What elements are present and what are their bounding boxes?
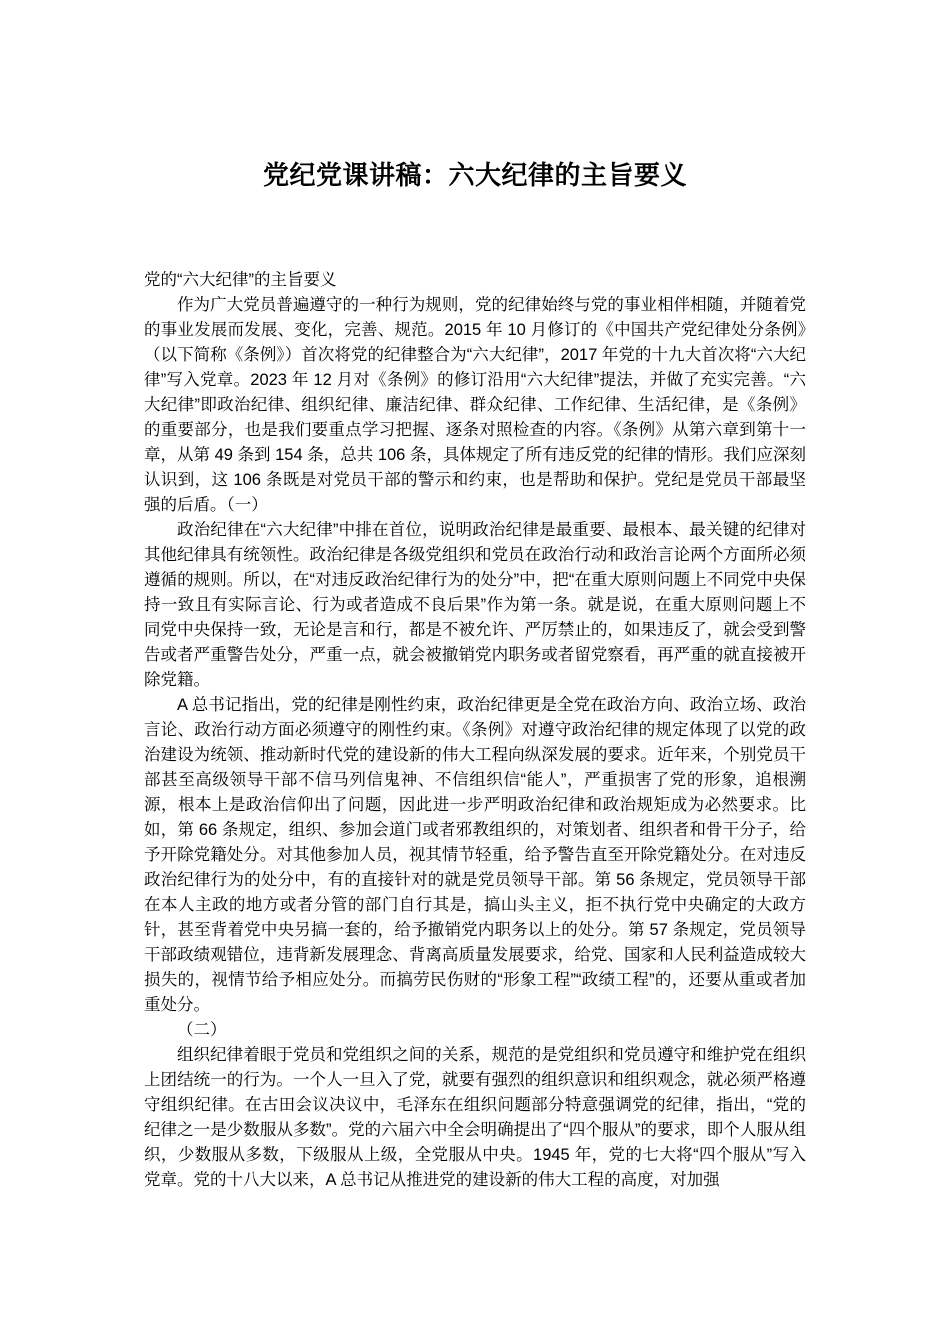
paragraph-2: 政治纪律在“六大纪律”中排在首位，说明政治纪律是最重要、最根本、最关键的纪律对其…: [144, 518, 806, 693]
paragraph-4-section-marker: （二）: [144, 1018, 806, 1043]
document-page: 党纪党课讲稿：六大纪律的主旨要义 党的“六大纪律”的主旨要义 作为广大党员普遍遵…: [0, 0, 950, 1344]
document-subtitle: 党的“六大纪律”的主旨要义: [144, 268, 806, 293]
paragraph-5: 组织纪律着眼于党员和党组织之间的关系，规范的是党组织和党员遵守和维护党在组织上团…: [144, 1043, 806, 1193]
document-title: 党纪党课讲稿：六大纪律的主旨要义: [0, 158, 950, 192]
paragraph-1: 作为广大党员普遍遵守的一种行为规则，党的纪律始终与党的事业相伴相随，并随着党的事…: [144, 293, 806, 518]
paragraph-3: A 总书记指出，党的纪律是刚性约束，政治纪律更是全党在政治方向、政治立场、政治言…: [144, 693, 806, 1018]
document-body: 党的“六大纪律”的主旨要义 作为广大党员普遍遵守的一种行为规则，党的纪律始终与党…: [144, 268, 806, 1193]
